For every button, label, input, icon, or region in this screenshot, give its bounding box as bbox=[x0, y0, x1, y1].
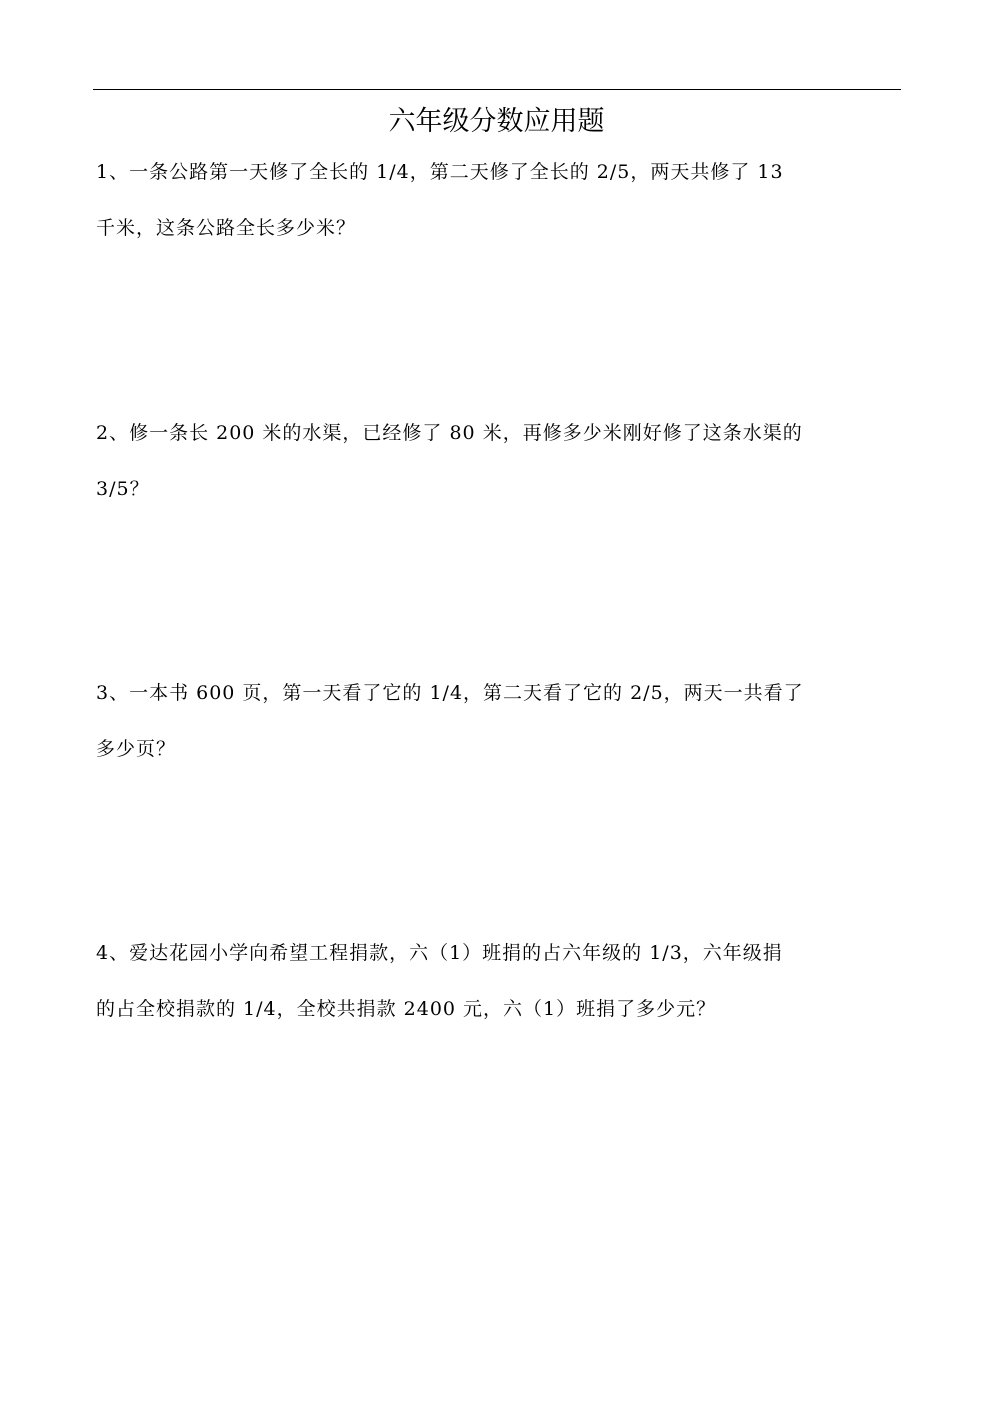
question-2-line-2: 3/5？ bbox=[96, 473, 896, 505]
question-3: 3、一本书 600 页，第一天看了它的 1/4，第二天看了它的 2/5，两天一共… bbox=[96, 677, 896, 765]
question-2-line-1: 2、修一条长 200 米的水渠，已经修了 80 米，再修多少米刚好修了这条水渠的 bbox=[96, 417, 896, 449]
question-4: 4、爱达花园小学向希望工程捐款，六（1）班捐的占六年级的 1/3，六年级捐 的占… bbox=[96, 937, 896, 1025]
question-3-line-2: 多少页？ bbox=[96, 733, 896, 765]
question-1-line-1: 1、一条公路第一天修了全长的 1/4，第二天修了全长的 2/5，两天共修了 13 bbox=[96, 156, 896, 188]
question-4-line-2: 的占全校捐款的 1/4，全校共捐款 2400 元，六（1）班捐了多少元？ bbox=[96, 993, 896, 1025]
question-1: 1、一条公路第一天修了全长的 1/4，第二天修了全长的 2/5，两天共修了 13… bbox=[96, 156, 896, 244]
page-title: 六年级分数应用题 bbox=[0, 102, 993, 142]
header-rule bbox=[93, 89, 901, 90]
question-4-line-1: 4、爱达花园小学向希望工程捐款，六（1）班捐的占六年级的 1/3，六年级捐 bbox=[96, 937, 896, 969]
question-3-line-1: 3、一本书 600 页，第一天看了它的 1/4，第二天看了它的 2/5，两天一共… bbox=[96, 677, 896, 709]
question-2: 2、修一条长 200 米的水渠，已经修了 80 米，再修多少米刚好修了这条水渠的… bbox=[96, 417, 896, 505]
question-1-line-2: 千米，这条公路全长多少米？ bbox=[96, 212, 896, 244]
